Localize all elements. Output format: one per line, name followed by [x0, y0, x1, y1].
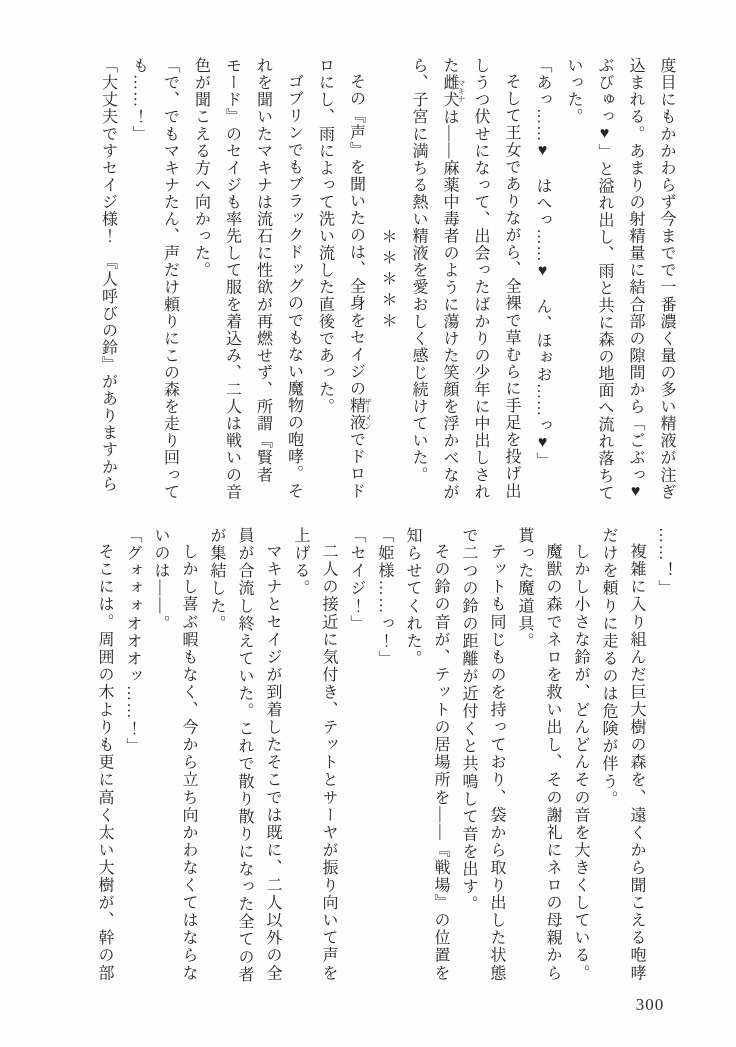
narration-paragraph: テットも同じものを持っており、袋から取り出した状態で二つの鈴の距離が近付くと共鳴… [454, 527, 510, 985]
narration-paragraph: しかし小さな鈴が、どんどんその音を大きくしている。 [566, 527, 594, 985]
dialogue-paragraph: ……！」 [650, 527, 678, 985]
ruby-base: 雌犬 [441, 74, 458, 108]
narration-paragraph: マキナとセイジが到着したそこでは既に、二人以外の全員が合流し終えていた。これで散… [202, 527, 286, 985]
ruby-furigana: マキナ [457, 74, 466, 108]
bottom-text-block: ……！」 複雑に入り組んだ巨大樹の森を、遠くから聞こえる咆哮だけを頼りに走るのは… [90, 527, 678, 985]
scene-separator: ＊＊＊＊＊ [372, 57, 403, 503]
narration-paragraph: 度目にもかかわらず今までで一番濃く量の多い精液が注ぎ込まれる。あまりの射精量に結… [558, 57, 682, 503]
narration-paragraph: 複雑に入り組んだ巨大樹の森を、遠くから聞こえる咆哮だけを頼りに走るのは危険が伴う… [594, 527, 650, 985]
text-segment: は――麻薬中毒者のように蕩けた笑顔を浮かべながら、子宮に満ちる熱い精液を愛おしく… [410, 57, 458, 500]
narration-paragraph: 魔獣の森でネロを救い出し、その謝礼にネロの母親から貰った魔道具。 [510, 527, 566, 985]
ruby-annotation: 雌犬マキナ [441, 74, 458, 108]
dialogue-paragraph: 「で、でもマキナたん、声だけ頼りにこの森を走り回っても……！」 [124, 57, 186, 503]
text-segment: その『声』を聞いたのは、全身をセイジの [348, 73, 365, 397]
ruby-annotation: 精液ザーメン [348, 397, 365, 431]
book-page: 度目にもかかわらず今までで一番濃く量の多い精液が注ぎ込まれる。あまりの射精量に結… [0, 0, 736, 1047]
dialogue-paragraph: 「セイジ！」 [342, 527, 370, 985]
dialogue-paragraph: 「グォォォオオオッ……！」 [118, 527, 146, 985]
narration-paragraph: そして王女でありながら、全裸で草むらに手足を投げ出しうつ伏せになって、出会ったば… [403, 57, 527, 503]
dialogue-paragraph: 「大丈夫ですセイジ様！ 『人呼びの鈴』がありますから [93, 57, 124, 503]
narration-paragraph: そこには。周囲の木よりも更に高く太い大樹が、幹の部 [90, 527, 118, 985]
page-number: 300 [626, 995, 674, 1015]
dialogue-paragraph: 「姫様……っ！」 [370, 527, 398, 985]
ruby-furigana: ザーメン [364, 397, 373, 431]
narration-paragraph: しかし喜ぶ暇もなく、今から立ち向かわなくてはならないのは――。 [146, 527, 202, 985]
narration-paragraph: ゴブリンでもブラックドッグのでもない魔物の咆哮。それを聞いたマキナは流石に性欲が… [186, 57, 310, 503]
narration-paragraph: その鈴の音が、テットの居場所を――『戦場』の位置を知らせてくれた。 [398, 527, 454, 985]
dialogue-paragraph: 「あっ……♥ はへっ……♥ ん、ほぉお……っ♥」 [527, 57, 558, 503]
narration-paragraph: 二人の接近に気付き、テットとサーヤが振り向いて声を上げる。 [286, 527, 342, 985]
narration-paragraph: その『声』を聞いたのは、全身をセイジの精液ザーメンでドロドロにし、雨によって洗い… [310, 57, 373, 503]
ruby-base: 精液 [348, 397, 365, 431]
top-text-block: 度目にもかかわらず今までで一番濃く量の多い精液が注ぎ込まれる。あまりの射精量に結… [93, 57, 683, 503]
